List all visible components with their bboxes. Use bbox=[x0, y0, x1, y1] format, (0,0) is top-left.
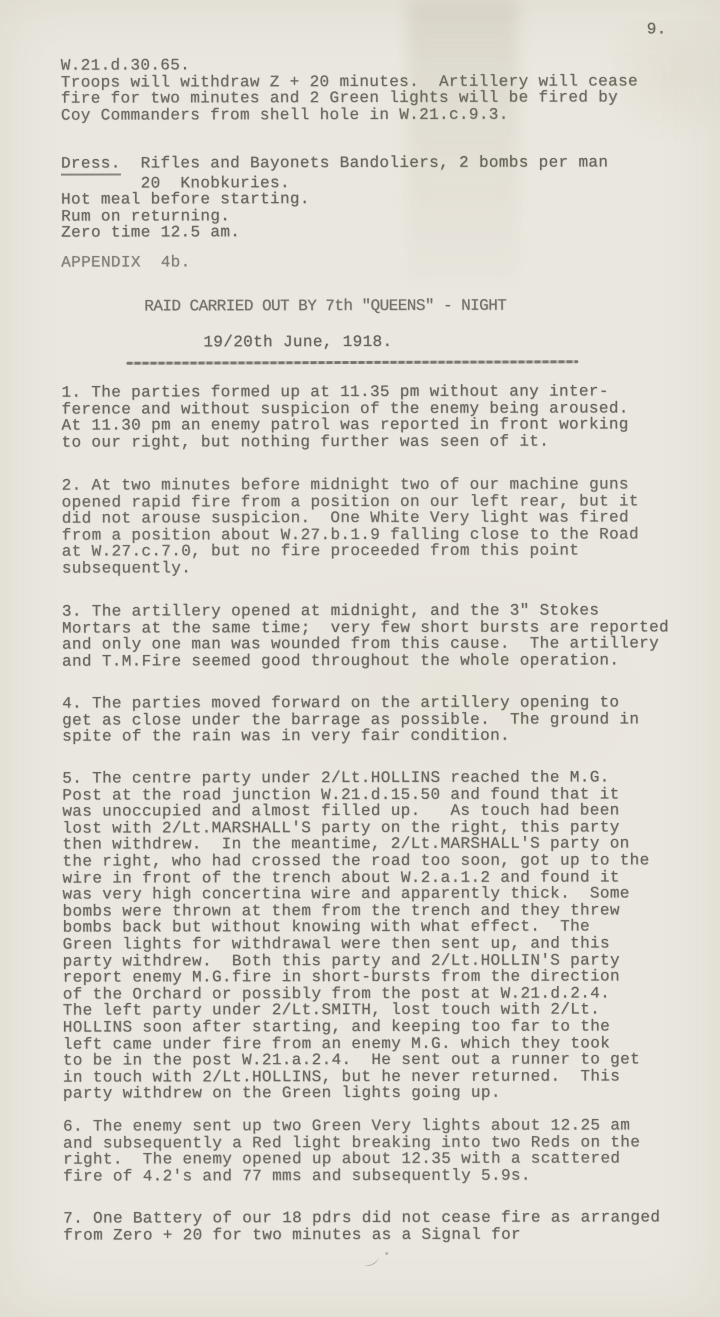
dress-heading: Dress. bbox=[61, 156, 121, 176]
admin-orders: Hot meal before starting. Rum on returni… bbox=[61, 191, 608, 242]
paragraph-3: 3. The artillery opened at midnight, and… bbox=[62, 602, 669, 670]
paragraph-2: 2. At two minutes before midnight two of… bbox=[62, 476, 639, 577]
report-title: RAID CARRIED OUT BY 7th "QUEENS" - NIGHT bbox=[144, 298, 506, 315]
paragraph-4: 4. The parties moved forward on the arti… bbox=[62, 694, 639, 745]
appendix-label: APPENDIX 4b. bbox=[61, 254, 190, 271]
pencil-dot bbox=[385, 1252, 388, 1255]
withdrawal-orders: Troops will withdraw Z + 20 minutes. Art… bbox=[61, 73, 638, 124]
title-underline-rule bbox=[126, 360, 578, 365]
paragraph-7: 7. One Battery of our 18 pdrs did not ce… bbox=[63, 1209, 660, 1243]
paragraph-6: 6. The enemy sent up two Green Very ligh… bbox=[63, 1117, 640, 1185]
dress-details: Rifles and Bayonets Bandoliers, 2 bombs … bbox=[121, 153, 609, 172]
paragraph-5: 5. The centre party under 2/Lt.HOLLINS r… bbox=[62, 769, 650, 1102]
paragraph-1: 1. The parties formed up at 11.35 pm wit… bbox=[61, 383, 628, 451]
document-page: 9. W.21.d.30.65. Troops will withdraw Z … bbox=[0, 0, 720, 1317]
pencil-mark bbox=[362, 1253, 380, 1268]
dress-orders-block: Dress. Rifles and Bayonets Bandoliers, 2… bbox=[61, 154, 609, 241]
page-number: 9. bbox=[647, 21, 667, 38]
dress-details-continued: 20 Knobkuries. bbox=[61, 174, 608, 192]
report-date: 19/20th June, 1918. bbox=[203, 334, 392, 351]
dress-line: Dress. Rifles and Bayonets Bandoliers, 2… bbox=[61, 154, 608, 175]
map-reference: W.21.d.30.65. bbox=[61, 56, 638, 74]
operation-orders-block: W.21.d.30.65. Troops will withdraw Z + 2… bbox=[61, 56, 638, 124]
